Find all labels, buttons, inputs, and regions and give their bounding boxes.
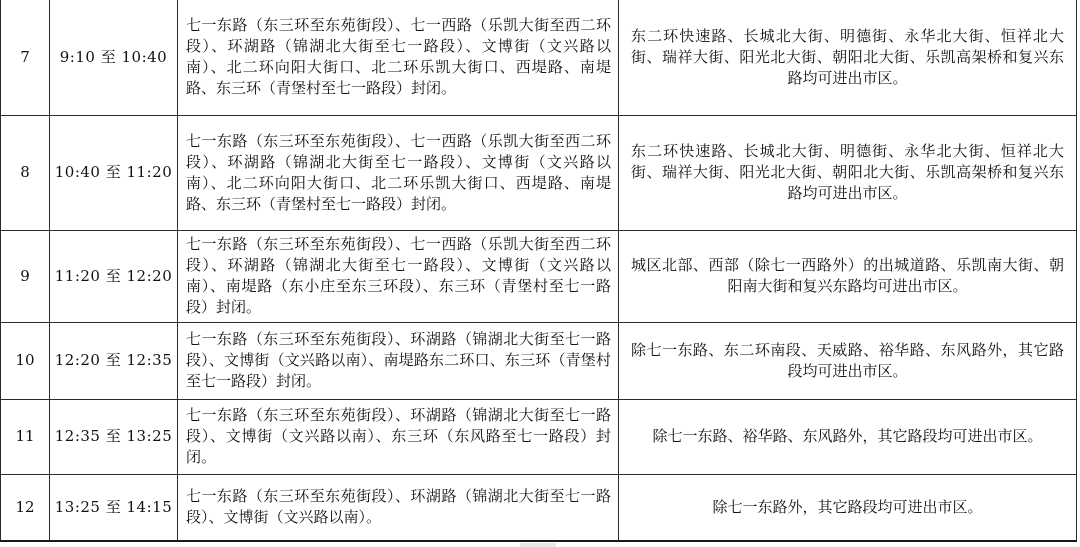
road-closure-table: 7 9:10 至 10:40 七一东路（东三环至东苑街段）、七一西路（乐凯大街至… <box>0 0 1077 542</box>
open-routes-cell: 除七一东路、裕华路、东风路外，其它路段均可进出市区。 <box>619 399 1077 474</box>
closed-roads-cell: 七一东路（东三环至东苑街段）、环湖路（锦湖北大街至七一路段）、文博街（文兴路以南… <box>178 322 619 399</box>
time-range-cell: 11:20 至 12:20 <box>50 230 178 322</box>
row-number-cell: 8 <box>1 115 50 230</box>
screenshot-edge-artifact <box>520 543 556 547</box>
open-routes-cell: 除七一东路外，其它路段均可进出市区。 <box>619 474 1077 541</box>
open-routes-cell: 除七一东路、东二环南段、天威路、裕华路、东风路外，其它路段均可进出市区。 <box>619 322 1077 399</box>
row-number-cell: 7 <box>1 0 50 115</box>
closed-roads-cell: 七一东路（东三环至东苑街段）、环湖路（锦湖北大街至七一路段）、文博街（文兴路以南… <box>178 474 619 541</box>
time-range-cell: 13:25 至 14:15 <box>50 474 178 541</box>
closed-roads-cell: 七一东路（东三环至东苑街段）、七一西路（乐凯大街至西二环段）、环湖路（锦湖北大街… <box>178 115 619 230</box>
row-number-cell: 10 <box>1 322 50 399</box>
closed-roads-cell: 七一东路（东三环至东苑街段）、七一西路（乐凯大街至西二环段）、环湖路（锦湖北大街… <box>178 230 619 322</box>
road-closure-schedule-page: 7 9:10 至 10:40 七一东路（东三环至东苑街段）、七一西路（乐凯大街至… <box>0 0 1080 547</box>
row-number-cell: 11 <box>1 399 50 474</box>
open-routes-cell: 东二环快速路、长城北大街、明德街、永华北大街、恒祥北大街、瑞祥大街、阳光北大街、… <box>619 115 1077 230</box>
closed-roads-cell: 七一东路（东三环至东苑街段）、七一西路（乐凯大街至西二环段）、环湖路（锦湖北大街… <box>178 0 619 115</box>
time-range-cell: 12:35 至 13:25 <box>50 399 178 474</box>
time-range-cell: 12:20 至 12:35 <box>50 322 178 399</box>
table-row: 8 10:40 至 11:20 七一东路（东三环至东苑街段）、七一西路（乐凯大街… <box>1 115 1077 230</box>
open-routes-cell: 城区北部、西部（除七一西路外）的出城道路、乐凯南大街、朝阳南大街和复兴东路均可进… <box>619 230 1077 322</box>
row-number-cell: 12 <box>1 474 50 541</box>
time-range-cell: 10:40 至 11:20 <box>50 115 178 230</box>
table-row: 12 13:25 至 14:15 七一东路（东三环至东苑街段）、环湖路（锦湖北大… <box>1 474 1077 541</box>
table-row: 7 9:10 至 10:40 七一东路（东三环至东苑街段）、七一西路（乐凯大街至… <box>1 0 1077 115</box>
table-row: 10 12:20 至 12:35 七一东路（东三环至东苑街段）、环湖路（锦湖北大… <box>1 322 1077 399</box>
table-row: 9 11:20 至 12:20 七一东路（东三环至东苑街段）、七一西路（乐凯大街… <box>1 230 1077 322</box>
open-routes-cell: 东二环快速路、长城北大街、明德街、永华北大街、恒祥北大街、瑞祥大街、阳光北大街、… <box>619 0 1077 115</box>
time-range-cell: 9:10 至 10:40 <box>50 0 178 115</box>
schedule-table-body: 7 9:10 至 10:40 七一东路（东三环至东苑街段）、七一西路（乐凯大街至… <box>1 0 1077 541</box>
closed-roads-cell: 七一东路（东三环至东苑街段）、环湖路（锦湖北大街至七一路段）、文博街（文兴路以南… <box>178 399 619 474</box>
row-number-cell: 9 <box>1 230 50 322</box>
table-row: 11 12:35 至 13:25 七一东路（东三环至东苑街段）、环湖路（锦湖北大… <box>1 399 1077 474</box>
